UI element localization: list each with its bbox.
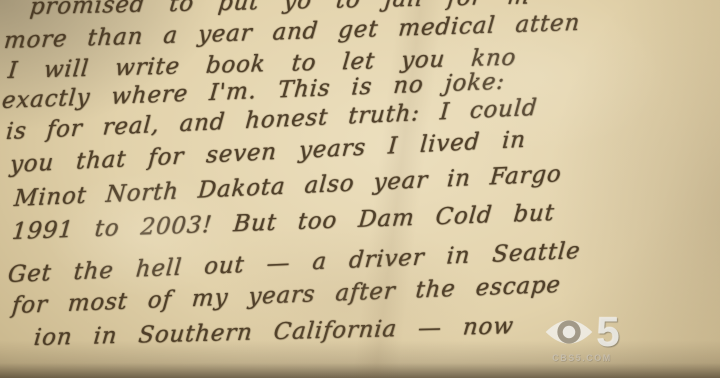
channel-5-number: 5 [596,312,619,352]
letter-line: ion in Southern California — now [33,313,515,351]
watermark-url-text: CBS5.COM [552,353,612,363]
handwritten-letter-photo: promised to put yo to jail for m more th… [0,0,720,378]
cbs-eye-icon [544,312,594,352]
cbs5-station-watermark: 5 CBS5.COM [527,312,637,372]
